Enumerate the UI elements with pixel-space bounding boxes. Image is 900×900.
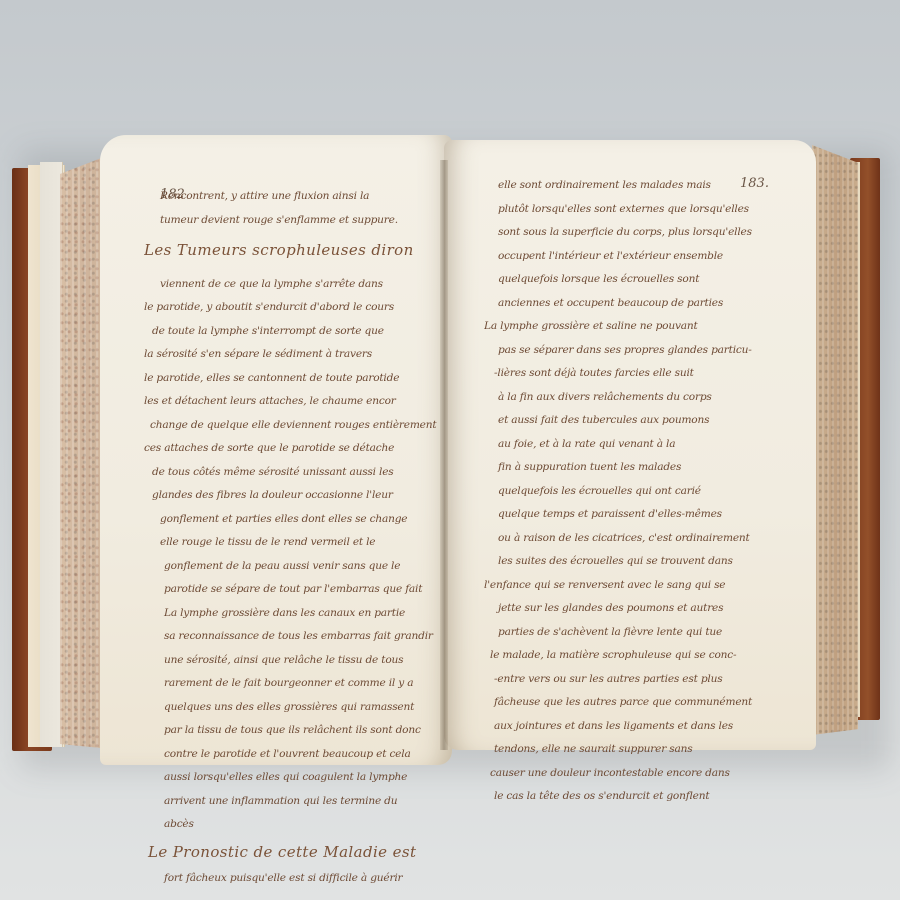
text-line: quelques uns des elles grossières qui ra… xyxy=(144,696,440,720)
text-line: parties de s'achèvent la fièvre lente qu… xyxy=(484,621,784,645)
text-line: tendons, elle ne saurait suppurer sans xyxy=(484,738,784,762)
text-line: une sérosité, ainsi que relâche le tissu… xyxy=(144,649,440,673)
text-line: de tous côtés même sérosité unissant aus… xyxy=(144,461,440,485)
text-line: la sérosité s'en sépare le sédiment à tr… xyxy=(144,343,440,367)
text-line: abcès xyxy=(144,813,440,841)
text-line: ces attaches de sorte que le parotide se… xyxy=(144,437,440,461)
text-line: et aussi fait des tubercules aux poumons xyxy=(484,409,784,433)
text-line: fâcheuse que les autres parce que commun… xyxy=(484,691,784,715)
text-line: le parotide, y aboutit s'endurcit d'abor… xyxy=(144,296,440,320)
text-line: par la tissu de tous que ils relâchent i… xyxy=(144,719,440,743)
text-line: La lymphe grossière dans les canaux en p… xyxy=(144,602,440,626)
text-line: anciennes et occupent beaucoup de partie… xyxy=(484,292,784,316)
text-line: de toute la lymphe s'interrompt de sorte… xyxy=(144,320,440,344)
text-line: elle rouge le tissu de le rend vermeil e… xyxy=(144,531,440,555)
text-line: La lymphe grossière et saline ne pouvant xyxy=(484,315,784,339)
text-line: parotide se sépare de tout par l'embarra… xyxy=(144,578,440,602)
manuscript-page-right: 183. elle sont ordinairement les malades… xyxy=(444,140,816,750)
text-line: glandes des fibres la douleur occasionne… xyxy=(144,484,440,508)
text-line: fort fâcheux puisqu'elle est si difficil… xyxy=(144,867,440,891)
text-line: quelquefois lorsque les écrouelles sont xyxy=(484,268,784,292)
section-heading: Les Tumeurs scrophuleuses diron xyxy=(144,239,440,273)
text-line: viennent de ce que la lymphe s'arrête da… xyxy=(144,273,440,297)
text-line: gonflement et parties elles dont elles s… xyxy=(144,508,440,532)
text-line: occupent l'intérieur et l'extérieur ense… xyxy=(484,245,784,269)
text-line: tumeur devient rouge s'enflamme et suppu… xyxy=(144,209,440,239)
text-line: arrivent une inflammation qui les termin… xyxy=(144,790,440,814)
text-line: sont sous la superficie du corps, plus l… xyxy=(484,221,784,245)
text-line: sa reconnaissance de tous les embarras f… xyxy=(144,625,440,649)
fore-edge-right-speckled xyxy=(812,145,858,735)
text-line: elle sont ordinairement les malades mais xyxy=(484,174,784,198)
text-line: ou à raison de les cicatrices, c'est ord… xyxy=(484,527,784,551)
text-line: jette sur les glandes des poumons et aut… xyxy=(484,597,784,621)
text-line: le malade, la matière scrophuleuse qui s… xyxy=(484,644,784,668)
text-line: aux jointures et dans les ligaments et d… xyxy=(484,715,784,739)
text-line: fin à suppuration tuent les malades xyxy=(484,456,784,480)
text-line: contre le parotide et l'ouvrent beaucoup… xyxy=(144,743,440,767)
text-line: à la fin aux divers relâchements du corp… xyxy=(484,386,784,410)
handwritten-text-right: elle sont ordinairement les malades mais… xyxy=(484,174,784,809)
text-line: le cas la tête des os s'endurcit et gonf… xyxy=(484,785,784,809)
text-line: gonflement de la peau aussi venir sans q… xyxy=(144,555,440,579)
text-line: pas se séparer dans ses propres glandes … xyxy=(484,339,784,363)
text-line: les et détachent leurs attaches, le chau… xyxy=(144,390,440,414)
book-gutter xyxy=(440,160,448,750)
handwritten-text-left: Rencontrent, y attire une fluxion ainsi … xyxy=(144,185,440,891)
manuscript-page-left: 182 Rencontrent, y attire une fluxion ai… xyxy=(100,135,452,765)
text-line: -entre vers ou sur les autres parties es… xyxy=(484,668,784,692)
text-line: plutôt lorsqu'elles sont externes que lo… xyxy=(484,198,784,222)
section-heading: Le Pronostic de cette Maladie est xyxy=(144,841,440,867)
text-line: les suites des écrouelles qui se trouven… xyxy=(484,550,784,574)
text-line: l'enfance qui se renversent avec le sang… xyxy=(484,574,784,598)
text-line: change de quelque elle deviennent rouges… xyxy=(144,414,440,438)
text-line: rarement de le fait bourgeonner et comme… xyxy=(144,672,440,696)
text-line: quelquefois les écrouelles qui ont carié xyxy=(484,480,784,504)
endpaper-left-inner xyxy=(40,162,63,747)
text-line: le parotide, elles se cantonnent de tout… xyxy=(144,367,440,391)
text-line: Rencontrent, y attire une fluxion ainsi … xyxy=(144,185,440,209)
text-line: au foie, et à la rate qui venant à la xyxy=(484,433,784,457)
text-line: aussi lorsqu'elles elles qui coagulent l… xyxy=(144,766,440,790)
text-line: quelque temps et paraissent d'elles-même… xyxy=(484,503,784,527)
text-line: causer une douleur incontestable encore … xyxy=(484,762,784,786)
text-line: -lières sont déjà toutes farcies elle su… xyxy=(484,362,784,386)
